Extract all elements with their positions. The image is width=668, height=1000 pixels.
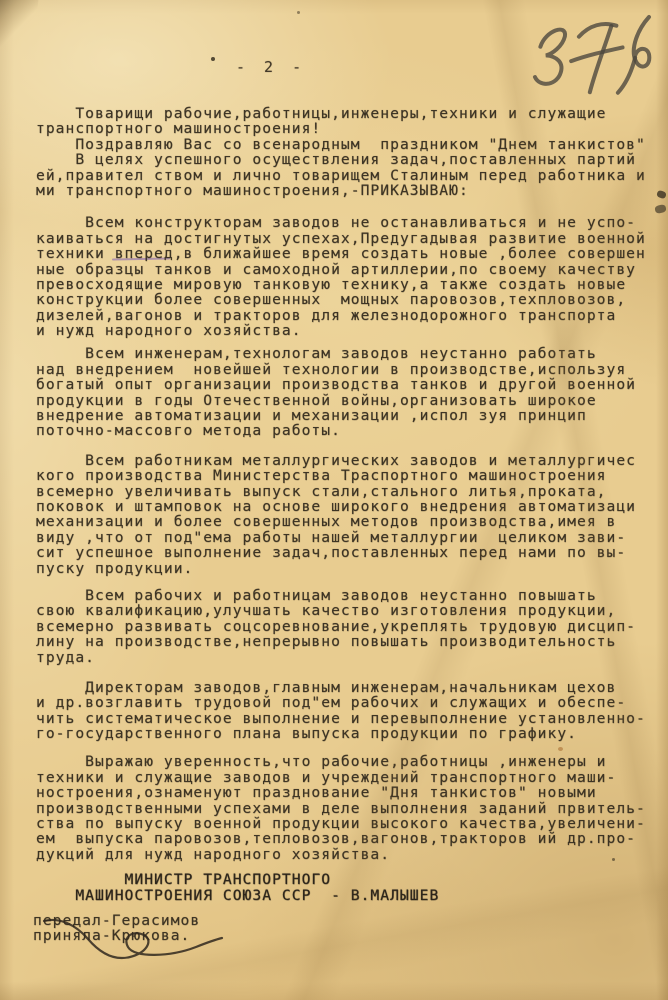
signature-block: МИНИСТР ТРАНСПОРТНОГО МАШИНОСТРОЕНИЯ СОЮ… [36, 872, 668, 903]
text-line: поковок и штамповок на основе широкого в… [36, 499, 668, 514]
text-line: свою квалификацию,улучшать качество изго… [36, 603, 668, 618]
text-line: техники и служащие заводов и учреждений … [36, 770, 668, 785]
text-line: ства по выпуску военной продукции высоко… [36, 816, 668, 831]
text-line: Всем работникам металлургических заводов… [36, 453, 668, 468]
text-line: виду ,что от под"ема работы нашей металл… [36, 530, 668, 545]
text-line: В целях успешного осуществления задач,по… [36, 152, 668, 167]
order-paragraph-designers: Всем конструкторам заводов не останавлив… [36, 215, 668, 338]
text-line: Всем рабочих и работницам заводов неуста… [36, 588, 668, 603]
text-line: поточно-массовго метода работы. [36, 423, 668, 438]
text-line: Выражаю уверенность,что рабочие,работниц… [36, 754, 668, 769]
text-line: ем выпуска паровозов,тепловозов,вагонов,… [36, 831, 668, 846]
order-paragraph-engineers: Всем инженерам,технологам заводов неуста… [36, 346, 668, 438]
text-line: производственными успехами в деле выполн… [36, 801, 668, 816]
text-line: дизелей,вагонов и тракторов для железнод… [36, 308, 668, 323]
page-number: - 2 - [236, 58, 306, 76]
text-line: труда. [36, 650, 668, 665]
signature-line: МАШИНОСТРОЕНИЯ СОЮЗА ССР - В.МАЛЫШЕВ [36, 888, 668, 903]
text-line: го-государственного плана выпуска продук… [36, 726, 668, 741]
text-line: ми транспортного машиностроения,-ПРИКАЗЫ… [36, 183, 668, 198]
page-corner-crease [0, 0, 39, 56]
text-line: механизации и более совершенных методов … [36, 514, 668, 529]
text-line: продукции в годы Отечественной войны,орг… [36, 393, 668, 408]
text-line: Всем конструкторам заводов не останавлив… [36, 215, 668, 230]
text-line: пуску продукции. [36, 561, 668, 576]
order-paragraph-metallurgy: Всем работникам металлургических заводов… [36, 453, 668, 576]
ink-speck [297, 11, 300, 14]
text-line: над внедрением новейшей технологии в про… [36, 362, 668, 377]
text-line: ностроения,ознаменуют празднование "Дня … [36, 785, 668, 800]
text-line: Поздравляю Вас со всенародным праздником… [36, 137, 668, 152]
text-line: дукций для нужд народного хозяйства. [36, 847, 668, 862]
text-line: и др.возглавить трудовой под"ем рабочих … [36, 695, 668, 710]
order-paragraph-directors: Директорам заводов,главным инженерам,нач… [36, 680, 668, 742]
text-line: всемерно развивать соцсоревнование,укреп… [36, 619, 668, 634]
text-line: каиваться на достигнутых успехах,Предуга… [36, 231, 668, 246]
signature-line: МИНИСТР ТРАНСПОРТНОГО [36, 872, 668, 887]
text-line: внедрение автоматизации и механизации ,и… [36, 408, 668, 423]
text-line: конструкции более совершенных мощных пар… [36, 292, 668, 307]
text-line: всемерно увеличивать выпуск стали,стальн… [36, 484, 668, 499]
text-line: сит успешное выполнение задач,поставленн… [36, 545, 668, 560]
salutation-block: Товарищи рабочие,работницы,инженеры,техн… [36, 106, 668, 198]
closing-paragraph: Выражаю уверенность,что рабочие,работниц… [36, 754, 668, 862]
text-line: богатый опыт организации производства та… [36, 377, 668, 392]
typewritten-text: Товарищи рабочие,работницы,инженеры,техн… [36, 106, 668, 903]
text-line: превосходящие мировую танковую технику,а… [36, 277, 668, 292]
text-line: Директорам заводов,главным инженерам,нач… [36, 680, 668, 695]
order-paragraph-workers: Всем рабочих и работницам заводов неуста… [36, 588, 668, 665]
ink-speck [211, 57, 215, 61]
text-line: транспортного машиностроения! [36, 121, 668, 136]
text-line: Всем инженерам,технологам заводов неуста… [36, 346, 668, 361]
handwritten-flourish [30, 905, 250, 975]
text-line: кого производства Министерства Траспортн… [36, 468, 668, 483]
text-line: Товарищи рабочие,работницы,инженеры,техн… [36, 106, 668, 121]
text-line: техники вперед,в ближайшее время создать… [36, 246, 668, 261]
text-line: ей,правител ством и лично товарищем Стал… [36, 168, 668, 183]
archive-number-handwriting [523, 9, 663, 106]
text-line: ные образцы танков и самоходной артиллер… [36, 262, 668, 277]
text-line: и нужд народного хозяйства. [36, 323, 668, 338]
text-line: чить систематическое выполнение и перевы… [36, 711, 668, 726]
text-line: лину на производстве,непрерывно повышать… [36, 634, 668, 649]
